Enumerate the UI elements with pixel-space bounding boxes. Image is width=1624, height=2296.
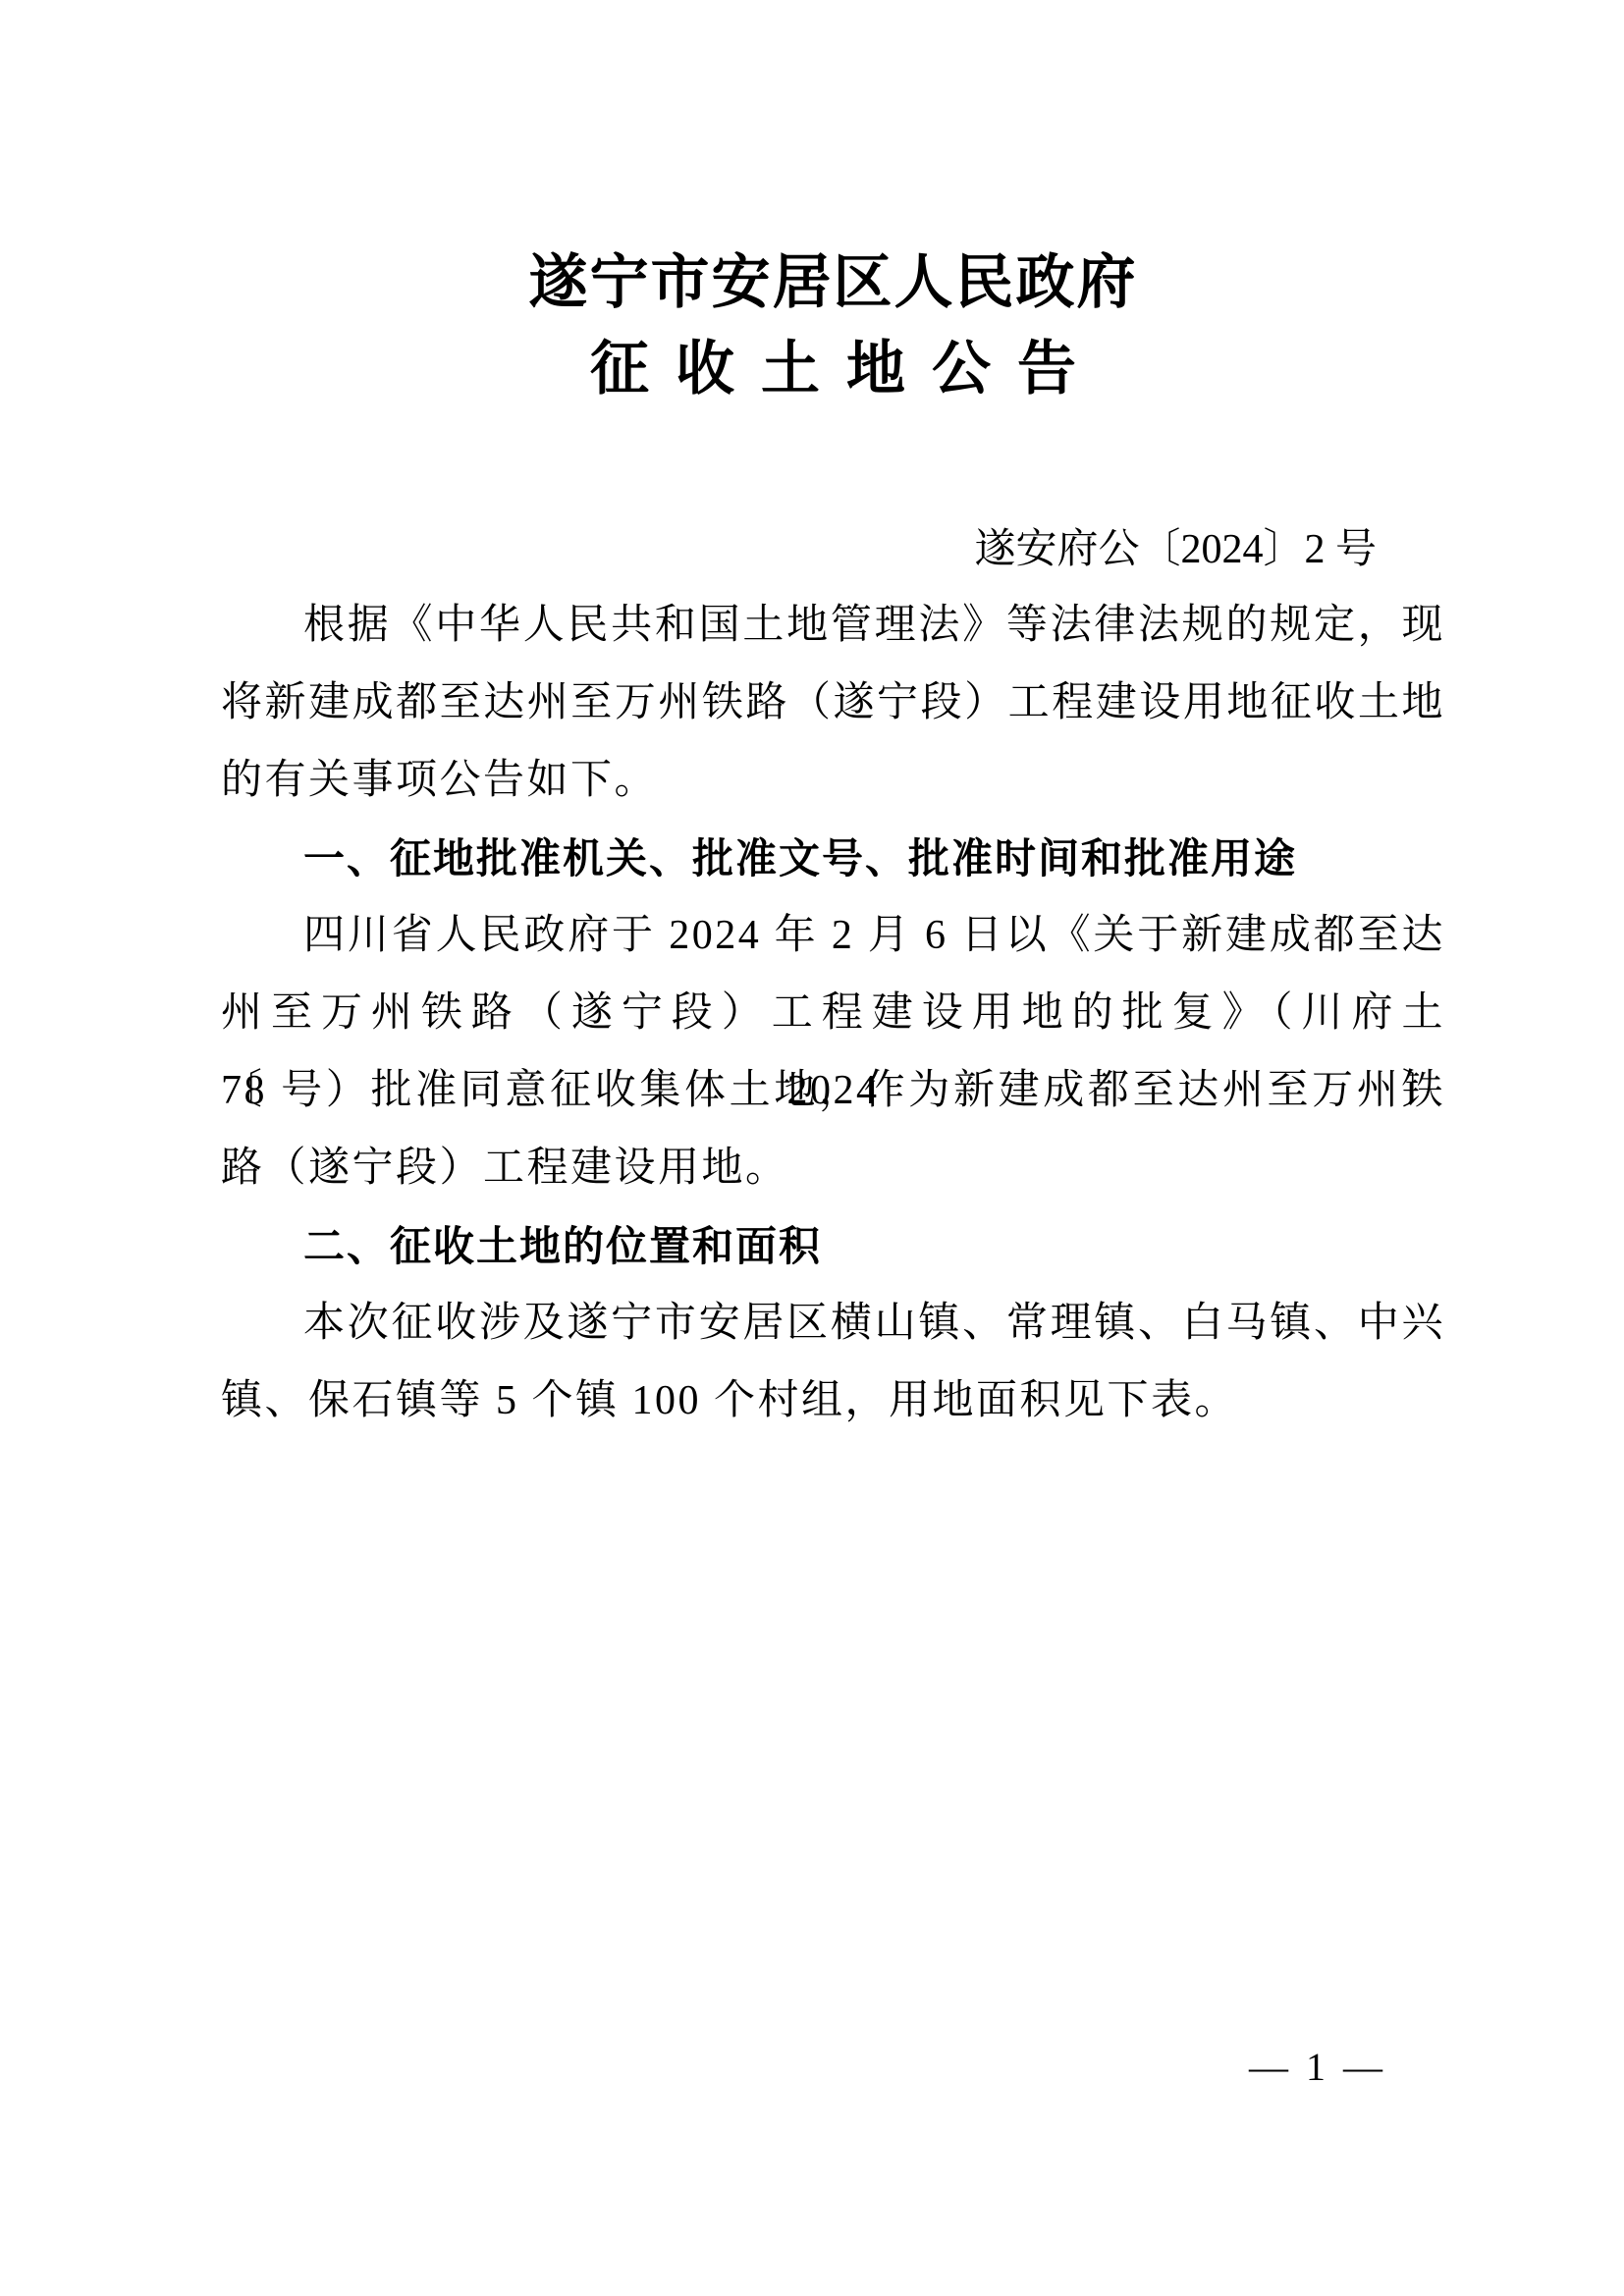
paragraph-1-line-3: 的有关事项公告如下。 bbox=[221, 742, 1445, 820]
document-page: 遂宁市安居区人民政府 征收土地公告 遂安府公〔2024〕2 号 根据《中华人民共… bbox=[0, 0, 1624, 2296]
paragraph-2-line-4: 路（遂宁段）工程建设用地。 bbox=[221, 1130, 1445, 1207]
document-body: 根据《中华人民共和国土地管理法》等法律法规的规定，现 将新建成都至达州至万州铁路… bbox=[221, 587, 1445, 1440]
document-number: 遂安府公〔2024〕2 号 bbox=[221, 522, 1445, 577]
document-title-line-1: 遂宁市安居区人民政府 bbox=[221, 243, 1445, 322]
paragraph-2-line-3: 78 号）批准同意征收集体土地，作为新建成都至达州至万州铁 bbox=[221, 1052, 1445, 1130]
paragraph-2-line-1: 四川省人民政府于 2024 年 2 月 6 日以《关于新建成都至达 bbox=[221, 897, 1445, 975]
paragraph-1-line-1: 根据《中华人民共和国土地管理法》等法律法规的规定，现 bbox=[221, 587, 1445, 665]
section-heading-2: 二、征收土地的位置和面积 bbox=[221, 1207, 1445, 1285]
paragraph-3-line-2: 镇、保石镇等 5 个镇 100 个村组，用地面积见下表。 bbox=[221, 1362, 1445, 1440]
paragraph-1-line-2: 将新建成都至达州至万州铁路（遂宁段）工程建设用地征收土地 bbox=[221, 665, 1445, 742]
document-title-line-2: 征收土地公告 bbox=[221, 328, 1445, 410]
section-heading-1: 一、征地批准机关、批准文号、批准时间和批准用途 bbox=[221, 820, 1445, 897]
page-number: — 1 — bbox=[1249, 2044, 1386, 2091]
paragraph-3-line-1: 本次征收涉及遂宁市安居区横山镇、常理镇、白马镇、中兴 bbox=[221, 1285, 1445, 1362]
paragraph-2-line-2: 州至万州铁路（遂宁段）工程建设用地的批复》（川府土〔2024〕 bbox=[221, 975, 1445, 1052]
